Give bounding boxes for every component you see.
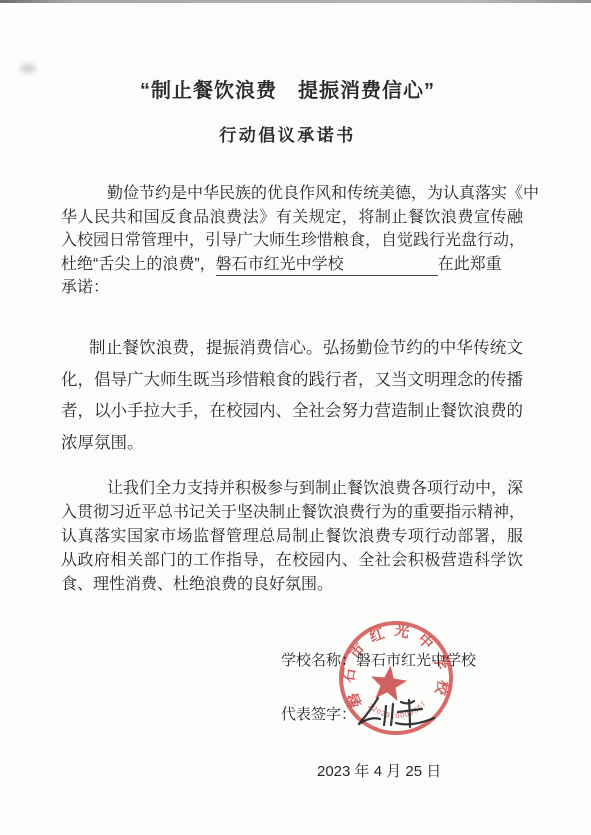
paragraph-3: 让我们全力支持并积极参与到制止餐饮浪费各项行动中，深 入贯彻习近平总书记关于坚决… — [61, 477, 523, 597]
paragraph-line: 食、理性消费、杜绝浪费的良好氛围。 — [61, 573, 523, 597]
paragraph-line: 浓厚氛围。 — [61, 428, 523, 460]
paragraph-line: 承诺： — [61, 276, 523, 300]
school-name-filled: 磐石市红光中学校 — [216, 256, 344, 273]
blank-prefix: 杜绝“舌尖上的浪费”， — [61, 256, 216, 273]
paragraph-2: 制止餐饮浪费，提振消费信心。弘扬勤俭节约的中华传统文 化，倡导广大师生既当珍惜粮… — [61, 333, 523, 459]
document-subtitle: 行动倡议承诺书 — [0, 121, 575, 146]
paragraph-line: 从政府相关部门的工作指导，在校园内、全社会积极营造科学饮 — [61, 549, 523, 573]
date-line: 2023 年 4 月 25 日 — [317, 760, 441, 781]
blank-line: 杜绝“舌尖上的浪费”，磐石市红光中学校在此郑重 — [61, 253, 523, 277]
scan-smudge — [20, 64, 36, 73]
paragraph-line: 者，以小手拉大手，在校园内、全社会努力营造制止餐饮浪费的 — [61, 396, 523, 428]
official-seal-stamp-icon: 磐石市红光中学校 2202310009357 — [317, 599, 475, 757]
paragraph-line: 入校园日常管理中，引导广大师生珍惜粮食，自觉践行光盘行动， — [61, 229, 523, 253]
school-name-blank: 磐石市红光中学校 — [216, 255, 438, 276]
handwritten-signature — [356, 695, 436, 731]
paragraph-line: 化，倡导广大师生既当珍惜粮食的践行者，又当文明理念的传播 — [61, 365, 523, 397]
paragraph-line: 勤俭节约是中华民族的优良作风和传统美德，为认真落实《中 — [61, 182, 523, 206]
paragraph-line: 让我们全力支持并积极参与到制止餐饮浪费各项行动中，深 — [61, 477, 523, 501]
blank-suffix: 在此郑重 — [438, 256, 502, 273]
paragraph-line: 入贯彻习近平总书记关于坚决制止餐饮浪费行为的重要指示精神， — [61, 501, 523, 525]
paragraph-1: 勤俭节约是中华民族的优良作风和传统美德，为认真落实《中 华人民共和国反食品浪费法… — [61, 182, 523, 300]
scanned-commitment-letter: “制止餐饮浪费 提振消费信心” 行动倡议承诺书 勤俭节约是中华民族的优良作风和传… — [0, 0, 591, 835]
paragraph-line: 制止餐饮浪费，提振消费信心。弘扬勤俭节约的中华传统文 — [61, 333, 523, 365]
paragraph-line: 华人民共和国反食品浪费法》有关规定，将制止餐饮浪费宣传融 — [61, 206, 523, 230]
paragraph-line: 认真落实国家市场监督管理总局制止餐饮浪费专项行动部署，服 — [61, 525, 523, 549]
document-title: “制止餐饮浪费 提振消费信心” — [0, 74, 575, 103]
scan-top-edge — [0, 0, 591, 3]
